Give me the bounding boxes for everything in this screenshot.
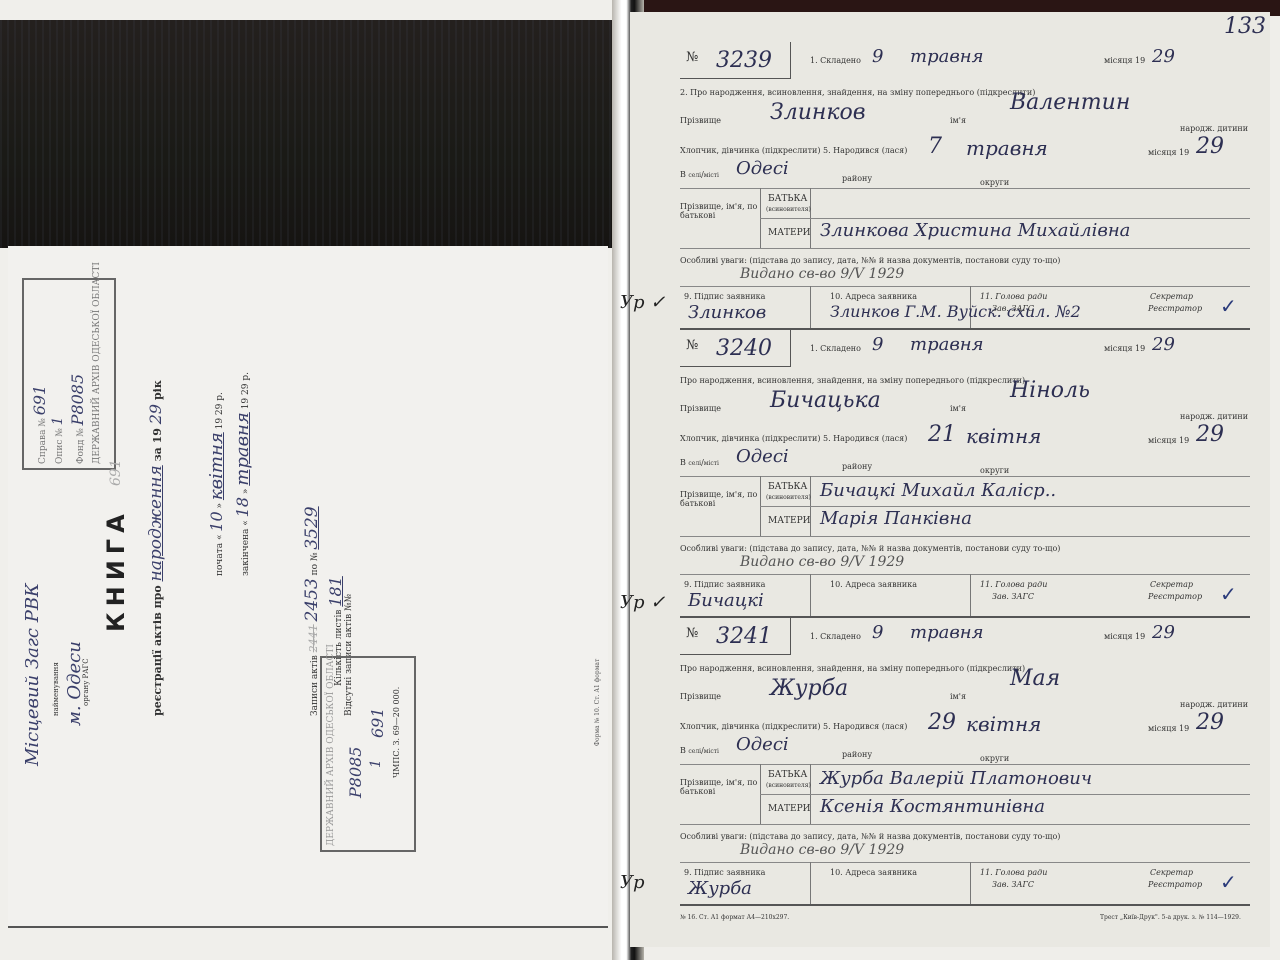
- applicant-signature: Бичацкі: [688, 590, 764, 611]
- stamp2-opys: 1: [368, 759, 384, 768]
- parents-label: Прізвище, ім'я, по батькові: [680, 490, 758, 508]
- divider: [760, 218, 1250, 219]
- notes-value: Видано св-во 9/V 1929: [740, 554, 904, 570]
- name-label: ім'я: [950, 116, 966, 125]
- child-name: Ніноль: [1010, 378, 1090, 403]
- father-label: БАТЬКА: [768, 770, 807, 780]
- registrar-label: Реєстратор: [1148, 592, 1202, 601]
- stamp2-title: ДЕРЖАВНИЙ АРХІВ ОДЕСЬКОЇ ОБЛАСТІ: [326, 644, 336, 846]
- pencil-annotation: 691: [108, 459, 124, 486]
- stamp-title: ДЕРЖАВНИЙ АРХІВ ОДЕСЬКОЇ ОБЛАСТІ: [92, 262, 102, 464]
- birth-month: травня: [966, 136, 1048, 160]
- child-surname: Журба: [770, 676, 848, 701]
- form-mark: Форма № 10. Ст. А1 формат: [594, 659, 601, 746]
- mother-label: МАТЕРИ: [768, 516, 811, 526]
- book-year: 29: [146, 404, 165, 424]
- about-label: Про народження, всиновлення, знайдення, …: [680, 664, 1025, 673]
- divider: [680, 476, 1250, 477]
- sex-label: Хлопчик, дівчинка (підкреслити) 5. Народ…: [680, 722, 907, 731]
- book-cover: ДЕРЖАВНИЙ АРХІВ ОДЕСЬКОЇ ОБЛАСТІ Фонд № …: [8, 246, 608, 928]
- name-label: ім'я: [950, 692, 966, 701]
- mother-label: МАТЕРИ: [768, 804, 811, 814]
- records-to: 3529: [302, 506, 322, 549]
- place-label-village: селі: [688, 172, 701, 179]
- stamp-opys: 1: [50, 416, 66, 425]
- head-label: 11. Голова ради: [980, 868, 1047, 877]
- record-number-box: № 3240: [680, 330, 791, 367]
- records-from-crossed: 2441: [307, 624, 320, 652]
- organ-name-caption: найменування: [52, 662, 60, 716]
- child-surname: Бичацька: [770, 388, 881, 413]
- birth-year: 29: [1196, 134, 1224, 159]
- composed-day: 9: [872, 334, 883, 355]
- signature-label: 9. Підпис заявника: [684, 868, 765, 877]
- father-sub-label: (всиновителя): [766, 782, 811, 789]
- month-label: місяця 19: [1104, 56, 1145, 65]
- surname-label: Прізвище: [680, 404, 721, 413]
- number-label: №: [686, 626, 698, 641]
- stamp-fond-label: Фонд №: [76, 428, 86, 464]
- stamp-sprava-label: Справа №: [38, 418, 48, 464]
- organ-name: Місцевий Загс РВК: [22, 583, 43, 766]
- divider: [680, 574, 1250, 575]
- parents-label: Прізвище, ім'я, по батькові: [680, 202, 758, 220]
- zags-head-label: Зав. ЗАГС: [992, 880, 1034, 889]
- finished-year: 19 29 р.: [241, 372, 251, 409]
- applicant-address: Злинков Г.М. Вуйск. схил. №2: [830, 302, 1081, 321]
- surname-label: Прізвище: [680, 116, 721, 125]
- footer-right: Трест „Київ-Друк". 5-а друк. з. № 114—19…: [1100, 914, 1241, 921]
- checkmark-icon: ✓: [1220, 870, 1237, 894]
- birth-month-label: місяця 19: [1148, 436, 1189, 445]
- child-label: народж. дитини: [1180, 124, 1248, 133]
- address-label: 10. Адреса заявника: [830, 868, 917, 877]
- birth-place: Одесі: [736, 734, 789, 755]
- composed-year: 29: [1152, 46, 1175, 67]
- child-surname: Злинков: [770, 100, 866, 125]
- birth-record: № 3240 1. Складено 9 травня місяця 19 29…: [680, 330, 1250, 618]
- mother-label: МАТЕРИ: [768, 228, 811, 238]
- organ-city-caption: органу РАГС: [82, 658, 90, 706]
- divider: [680, 536, 1250, 537]
- birth-month-label: місяця 19: [1148, 148, 1189, 157]
- page-number: 133: [1224, 14, 1266, 39]
- sex-label: Хлопчик, дівчинка (підкреслити) 5. Народ…: [680, 434, 907, 443]
- started-month: квітня: [206, 432, 227, 500]
- applicant-signature: Злинков: [688, 302, 766, 323]
- composed-day: 9: [872, 622, 883, 643]
- margin-annotation: Ур: [620, 872, 645, 893]
- printer-mark: ЧМПС. З. 69—20 000.: [392, 687, 401, 778]
- sex-label: Хлопчик, дівчинка (підкреслити) 5. Народ…: [680, 146, 907, 155]
- notes-label: Особливі уваги: (підстава до запису, дат…: [680, 256, 1060, 265]
- district-label: району: [842, 174, 872, 183]
- head-label: 11. Голова ради: [980, 292, 1047, 301]
- birth-month-label: місяця 19: [1148, 724, 1189, 733]
- divider: [810, 862, 811, 904]
- divider: [810, 574, 811, 616]
- district-label: району: [842, 462, 872, 471]
- composed-year: 29: [1152, 334, 1175, 355]
- place-label-city: місті: [704, 748, 719, 755]
- child-label: народж. дитини: [1180, 412, 1248, 421]
- divider: [970, 862, 971, 904]
- margin-annotation: Ур ✓: [620, 592, 665, 613]
- birth-record: № 3239 1. Складено 9 травня місяця 19 29…: [680, 42, 1250, 330]
- birth-day: 7: [928, 134, 942, 159]
- child-name: Мая: [1010, 666, 1060, 691]
- child-label: народж. дитини: [1180, 700, 1248, 709]
- started-year: 19 29 р.: [215, 392, 225, 429]
- address-label: 10. Адреса заявника: [830, 292, 917, 301]
- book-title: КНИГА: [102, 508, 130, 632]
- divider: [970, 574, 971, 616]
- okrug-label: округи: [980, 754, 1009, 763]
- month-label: місяця 19: [1104, 632, 1145, 641]
- birth-day: 29: [928, 710, 956, 735]
- records-from: 2453: [302, 578, 322, 621]
- mother-name: Ксенія Костянтинівна: [820, 796, 1045, 817]
- composed-label: 1. Складено: [810, 56, 861, 65]
- finished-day: 18: [233, 497, 252, 517]
- divider: [680, 188, 1250, 189]
- okrug-label: округи: [980, 178, 1009, 187]
- margin-annotation: Ур ✓: [620, 292, 665, 313]
- stamp-opys-label: Опис №: [55, 428, 65, 464]
- archive-stamp: ДЕРЖАВНИЙ АРХІВ ОДЕСЬКОЇ ОБЛАСТІ Фонд № …: [22, 278, 116, 470]
- registrar-label: Реєстратор: [1148, 304, 1202, 313]
- birth-month: квітня: [966, 424, 1041, 448]
- place-label-village: селі: [688, 460, 701, 467]
- registrar-label: Реєстратор: [1148, 880, 1202, 889]
- zags-head-label: Зав. ЗАГС: [992, 592, 1034, 601]
- number-label: №: [686, 338, 698, 353]
- record-number-box: № 3239: [680, 42, 791, 79]
- left-page: ДЕРЖАВНИЙ АРХІВ ОДЕСЬКОЇ ОБЛАСТІ Фонд № …: [0, 0, 624, 960]
- secretary-label: Секретар: [1150, 868, 1193, 877]
- divider: [810, 286, 811, 328]
- records-to-label: по №: [310, 553, 320, 576]
- birth-day: 21: [928, 422, 956, 447]
- secretary-label: Секретар: [1150, 292, 1193, 301]
- stamp-fond: Р8085: [68, 374, 87, 425]
- sheets-count: 181: [326, 576, 345, 607]
- records-label: Записи актів: [310, 655, 320, 716]
- head-label: 11. Голова ради: [980, 580, 1047, 589]
- surname-label: Прізвище: [680, 692, 721, 701]
- birth-record: № 3241 1. Складено 9 травня місяця 19 29…: [680, 618, 1250, 906]
- started-day: 10: [207, 511, 226, 531]
- father-name: Журба Валерій Платонович: [820, 768, 1092, 789]
- dark-scan-area: [0, 20, 618, 248]
- subtitle-prefix: реєстрації актів про: [151, 585, 164, 716]
- address-label: 10. Адреса заявника: [830, 580, 917, 589]
- birth-year: 29: [1196, 710, 1224, 735]
- divider: [760, 506, 1250, 507]
- notes-value: Видано св-во 9/V 1929: [740, 842, 904, 858]
- month-label: місяця 19: [1104, 344, 1145, 353]
- birth-place: Одесі: [736, 158, 789, 179]
- footer-left: № 16. Ст. А1 формат А4—210х297.: [680, 914, 789, 921]
- year-suffix: рік: [151, 380, 164, 400]
- okrug-label: округи: [980, 466, 1009, 475]
- composed-year: 29: [1152, 622, 1175, 643]
- secretary-label: Секретар: [1150, 580, 1193, 589]
- parents-label: Прізвище, ім'я, по батькові: [680, 778, 758, 796]
- applicant-signature: Журба: [688, 878, 752, 899]
- child-name: Валентин: [1010, 90, 1130, 115]
- mother-name: Злинкова Христина Михайлівна: [820, 220, 1130, 241]
- record-number: 3241: [716, 624, 772, 649]
- notes-label: Особливі уваги: (підстава до запису, дат…: [680, 832, 1060, 841]
- about-label: Про народження, всиновлення, знайдення, …: [680, 376, 1025, 385]
- composed-month: травня: [910, 46, 984, 67]
- birth-year: 29: [1196, 422, 1224, 447]
- zags-head-label: Зав. ЗАГС: [992, 304, 1034, 313]
- notes-value: Видано св-во 9/V 1929: [740, 266, 904, 282]
- record-number: 3239: [716, 48, 772, 73]
- signature-label: 9. Підпис заявника: [684, 292, 765, 301]
- divider: [680, 248, 1250, 249]
- about-label: 2. Про народження, всиновлення, знайденн…: [680, 88, 1035, 97]
- finished-month: травня: [232, 412, 253, 486]
- composed-day: 9: [872, 46, 883, 67]
- composed-month: травня: [910, 334, 984, 355]
- place-label-city: місті: [704, 460, 719, 467]
- father-sub-label: (всиновителя): [766, 206, 811, 213]
- checkmark-icon: ✓: [1220, 294, 1237, 318]
- stamp2-sprava: 691: [368, 707, 387, 738]
- record-number: 3240: [716, 336, 772, 361]
- district-label: району: [842, 750, 872, 759]
- name-label: ім'я: [950, 404, 966, 413]
- archive-stamp-2: ДЕРЖАВНИЙ АРХІВ ОДЕСЬКОЇ ОБЛАСТІ Р8085 1…: [320, 656, 416, 852]
- subtitle-value: народження: [146, 465, 166, 581]
- father-label: БАТЬКА: [768, 482, 807, 492]
- finished-label: закінчена: [241, 529, 251, 576]
- divider: [680, 764, 1250, 765]
- divider: [680, 286, 1250, 287]
- composed-label: 1. Складено: [810, 632, 861, 641]
- divider: [680, 862, 1250, 863]
- divider: [680, 824, 1250, 825]
- started-label: почата: [215, 543, 225, 576]
- place-label-village: селі: [688, 748, 701, 755]
- father-sub-label: (всиновителя): [766, 494, 811, 501]
- signature-label: 9. Підпис заявника: [684, 580, 765, 589]
- subtitle-suffix: за 19: [151, 428, 164, 461]
- birth-month: квітня: [966, 712, 1041, 736]
- mother-name: Марія Панківна: [820, 508, 972, 529]
- checkmark-icon: ✓: [1220, 582, 1237, 606]
- birth-place: Одесі: [736, 446, 789, 467]
- father-name: Бичацкі Михайл Каліср..: [820, 480, 1056, 501]
- divider: [760, 794, 1250, 795]
- father-label: БАТЬКА: [768, 194, 807, 204]
- stamp-sprava: 691: [30, 385, 49, 416]
- place-label-city: місті: [704, 172, 719, 179]
- number-label: №: [686, 50, 698, 65]
- composed-label: 1. Складено: [810, 344, 861, 353]
- notes-label: Особливі уваги: (підстава до запису, дат…: [680, 544, 1060, 553]
- stamp2-fond: Р8085: [346, 747, 365, 798]
- composed-month: травня: [910, 622, 984, 643]
- record-number-box: № 3241: [680, 618, 791, 655]
- right-page: 133 № 3239 1. Складено 9 травня місяця 1…: [630, 12, 1270, 947]
